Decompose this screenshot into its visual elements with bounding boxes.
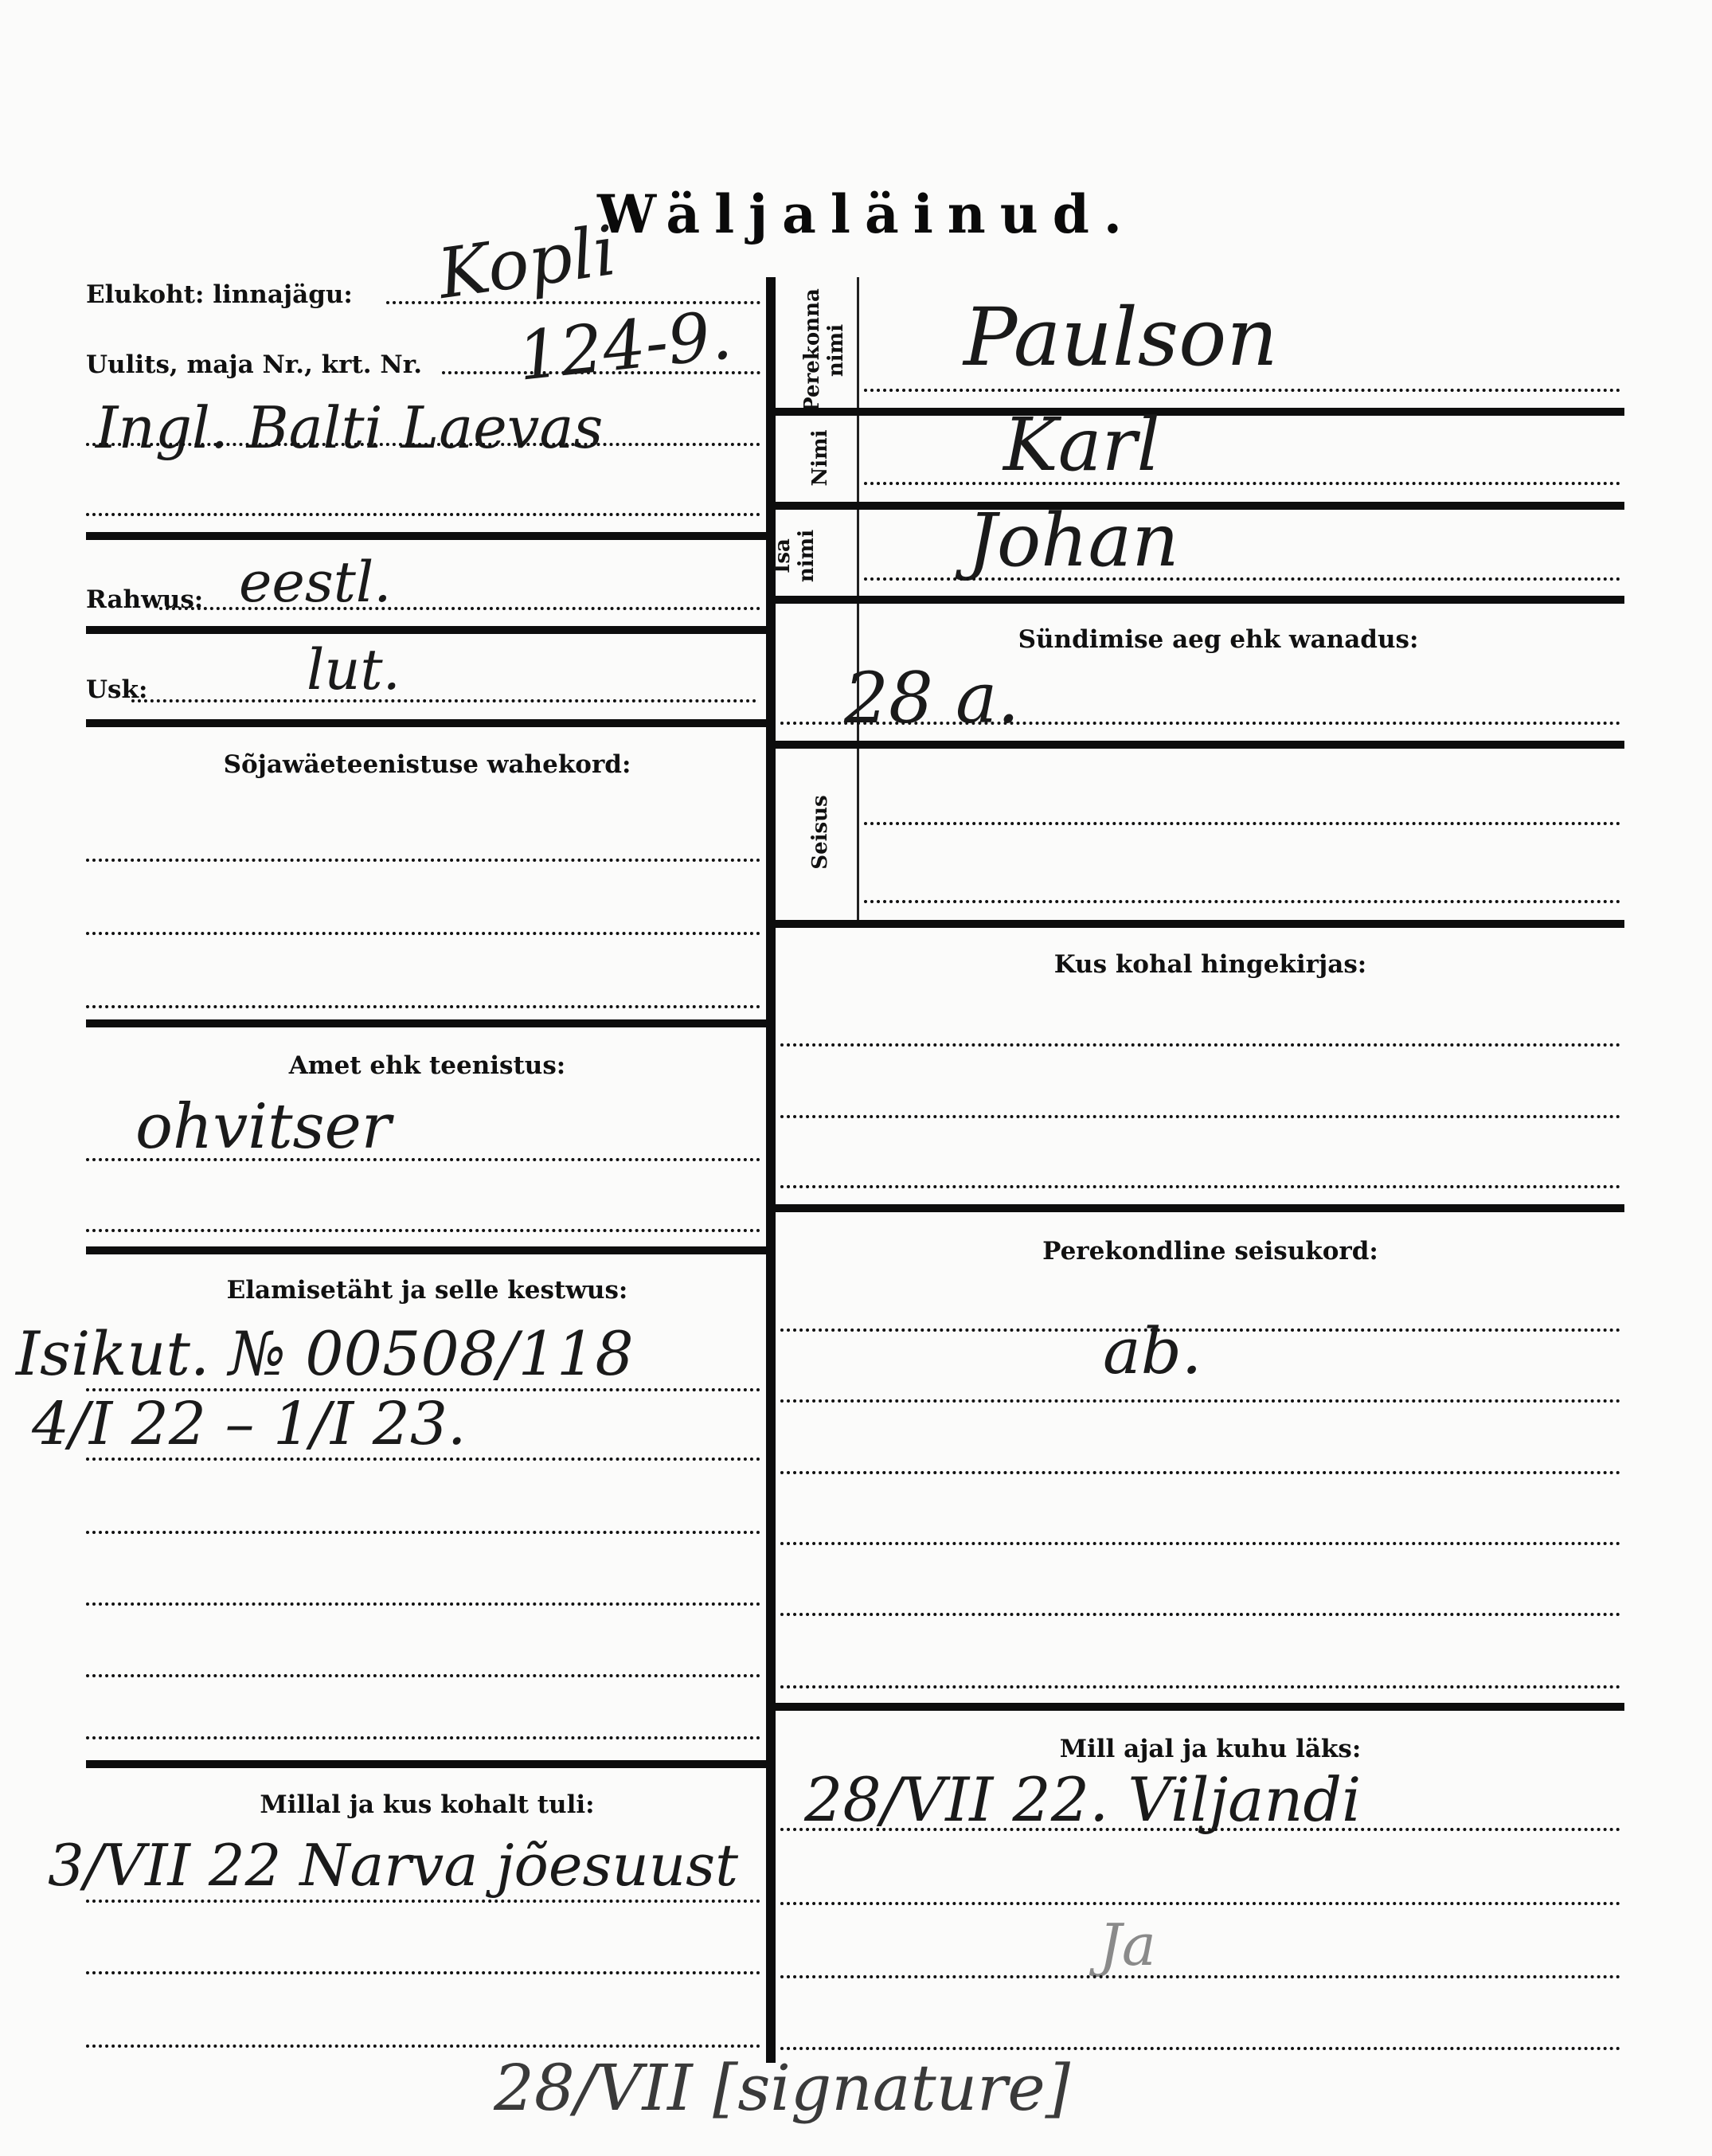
registry-line-1 [780,1043,1620,1047]
residence-permit-line-3 [86,1531,760,1534]
father-name-value[interactable]: Johan [967,498,1179,583]
estate-line-1 [864,822,1620,825]
surname-label: Perekonna nimi [800,283,848,418]
occupation-line-2 [86,1229,760,1232]
footer-signature: 28/VII [signature] [494,2051,1070,2125]
family-status-line-4 [780,1542,1620,1545]
residence-district-value[interactable]: Kopli [433,211,621,315]
surname-line [864,389,1620,392]
departure-line-1 [780,1828,1620,1831]
section-divider [771,596,1624,604]
arrival-value[interactable]: 3/VII 22 Narva jõesuust [48,1832,738,1899]
street-line-3 [86,513,760,516]
street-name-value[interactable]: Ingl. Balti Laevas [96,394,603,461]
residence-district-label: Elukoht: linnajägu: [86,280,353,309]
arrival-line-3 [86,2044,760,2048]
section-divider [86,1019,768,1027]
registry-line-2 [780,1115,1620,1118]
pencil-mark: Ja [1099,1911,1156,1978]
birth-age-label: Sündimise aeg ehk wanadus: [868,625,1569,654]
nationality-value[interactable]: eestl. [239,550,392,615]
residence-permit-line-6 [86,1736,760,1739]
family-status-label: Perekondline seisukord: [796,1237,1624,1266]
section-divider [86,1246,768,1254]
firstname-line [864,482,1620,485]
section-divider [86,532,768,540]
street-line-2 [86,443,760,446]
departure-line-3 [780,1975,1620,1978]
section-divider [86,719,768,727]
firstname-value[interactable]: Karl [1003,402,1160,487]
registry-label: Kus kohal hingekirjas: [796,950,1624,979]
arrival-line-1 [86,1900,760,1903]
section-divider [771,1204,1624,1212]
residence-permit-line-4 [86,1602,760,1606]
estate-line-2 [864,900,1620,903]
birth-age-line [780,722,1620,725]
registry-line-3 [780,1185,1620,1188]
residence-permit-label: Elamisetäht ja selle kestwus: [86,1276,768,1305]
family-status-line-3 [780,1471,1620,1474]
military-line-1 [86,859,760,862]
departure-line-2 [780,1902,1620,1905]
section-divider [771,741,1624,749]
military-line-2 [86,932,760,935]
family-status-line-6 [780,1685,1620,1688]
family-status-line-2 [780,1399,1620,1403]
arrival-label: Millal ja kus kohalt tuli: [86,1790,768,1819]
religion-value[interactable]: lut. [307,637,401,702]
section-divider [771,920,1624,928]
family-status-line-5 [780,1613,1620,1616]
departure-value[interactable]: 28/VII 22. Viljandi [804,1764,1361,1835]
section-divider [771,502,1624,510]
arrival-line-2 [86,1971,760,1974]
departure-line-4 [780,2047,1620,2050]
residence-permit-value-1[interactable]: Isikut. № 00508/118 [16,1318,634,1389]
father-name-label: Isa nimi [771,524,819,588]
occupation-line-1 [86,1158,760,1161]
military-status-label: Sõjawäeteenistuse wahekord: [86,750,768,779]
departure-label: Mill ajal ja kuhu läks: [796,1735,1624,1763]
firstname-label: Nimi [808,414,832,502]
section-divider [771,408,1624,416]
section-divider [771,1703,1624,1711]
birth-age-value[interactable]: 28 a. [844,657,1019,739]
estate-label: Seisus [808,788,832,876]
occupation-label: Amet ehk teenistus: [86,1051,768,1080]
house-number-value[interactable]: 124-9. [514,295,736,396]
occupation-value[interactable]: ohvitser [135,1091,391,1163]
military-line-3 [86,1005,760,1008]
section-divider [86,626,768,634]
father-name-line [864,577,1620,581]
residence-permit-line-5 [86,1674,760,1677]
religion-line [131,699,756,702]
residence-permit-value-2[interactable]: 4/I 22 – 1/I 23. [32,1390,466,1458]
section-divider [86,1760,768,1768]
family-status-value[interactable]: ab. [1103,1314,1202,1388]
residence-permit-line-2 [86,1458,760,1461]
surname-value[interactable]: Paulson [963,291,1278,384]
street-house-apt-label: Uulits, maja Nr., krt. Nr. [86,350,422,379]
form-title: Wäljaläinud. [597,183,1155,245]
